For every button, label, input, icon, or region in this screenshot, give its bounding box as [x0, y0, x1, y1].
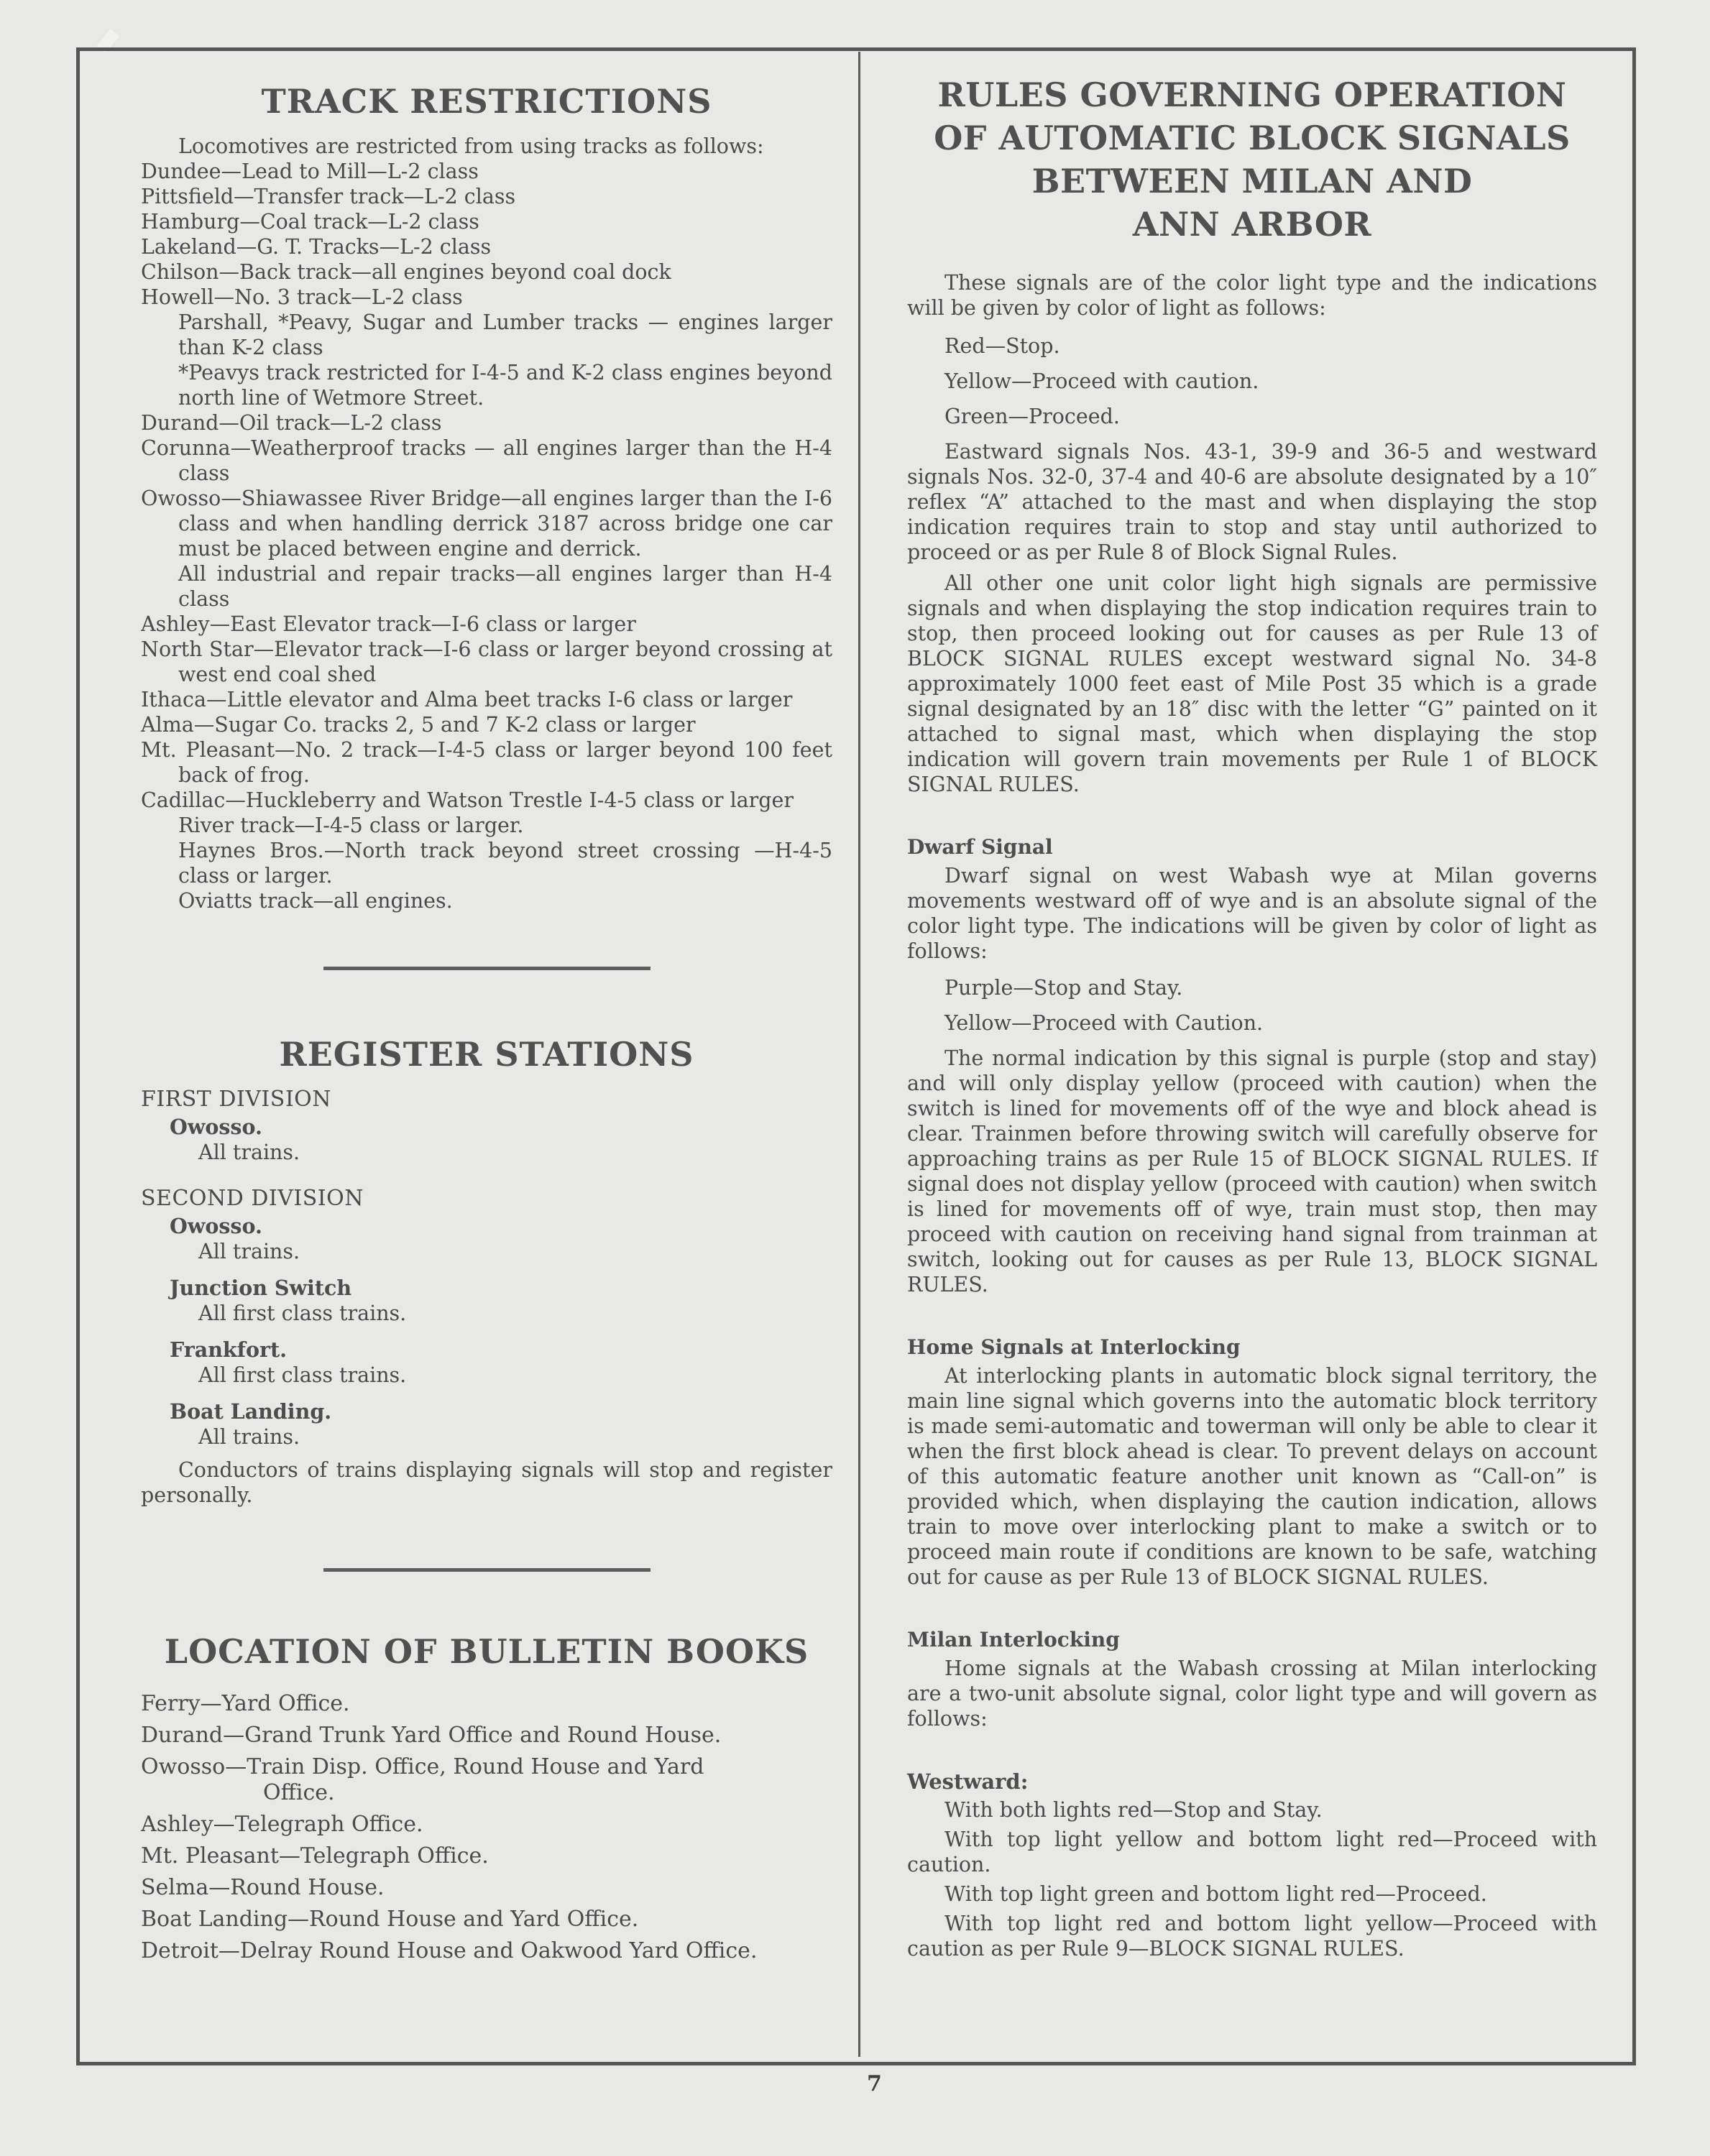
left-column: TRACK RESTRICTIONS Locomotives are restr… — [141, 52, 832, 1970]
bulletin-book-entry: Selma—Round House. — [141, 1875, 832, 1901]
track-restriction-entry: Parshall, *Peavy, Sugar and Lumber track… — [141, 310, 832, 360]
track-restriction-entry: Alma—Sugar Co. tracks 2, 5 and 7 K-2 cla… — [141, 712, 832, 737]
bulletin-book-location: Boat Landing—Round House and Yard Office… — [141, 1907, 832, 1932]
track-restrictions-title: TRACK RESTRICTIONS — [141, 52, 832, 121]
track-restriction-entry: Cadillac—Huckleberry and Watson Trestle … — [141, 788, 832, 813]
track-restriction-entry: Ithaca—Little elevator and Alma beet tra… — [141, 687, 832, 712]
bulletin-book-entry: Durand—Grand Trunk Yard Office and Round… — [141, 1723, 832, 1749]
page-number: 7 — [867, 2071, 882, 2096]
permissive-signals-paragraph: All other one unit color light high sign… — [907, 571, 1597, 797]
track-restriction-entry: Chilson—Back track—all engines beyond co… — [141, 259, 832, 285]
track-restriction-entry: *Peavys track restricted for I-4-5 and K… — [141, 360, 832, 410]
bulletin-book-entry: Ashley—Telegraph Office. — [141, 1812, 832, 1838]
register-station-note: All first class trains. — [141, 1363, 832, 1388]
block-signals-section: RULES GOVERNING OPERATION OF AUTOMATIC B… — [907, 52, 1597, 1961]
register-station-note: All trains. — [141, 1239, 832, 1265]
title-line: OF AUTOMATIC BLOCK SIGNALS — [934, 119, 1571, 157]
register-station-name: Junction Switch — [141, 1275, 832, 1301]
westward-rule: With top light yellow and bottom light r… — [907, 1827, 1597, 1877]
track-restriction-entry: River track—I-4-5 class or larger. — [141, 813, 832, 838]
track-restrictions-list: Dundee—Lead to Mill—L-2 classPittsfield—… — [141, 159, 832, 913]
dwarf-signal-intro: Dwarf signal on west Wabash wye at Milan… — [907, 863, 1597, 964]
indication-red: Red—Stop. — [907, 333, 1597, 359]
bulletin-books-section: LOCATION OF BULLETIN BOOKS Ferry—Yard Of… — [141, 1632, 832, 1964]
bulletin-book-location: Selma—Round House. — [141, 1875, 832, 1901]
bulletin-book-location: Ashley—Telegraph Office. — [141, 1812, 832, 1838]
title-line: RULES GOVERNING OPERATION — [938, 75, 1567, 114]
register-footnote: Conductors of trains displaying signals … — [141, 1457, 832, 1508]
spacer — [141, 1265, 832, 1275]
section-separator — [323, 967, 651, 970]
bulletin-book-entry: Boat Landing—Round House and Yard Office… — [141, 1907, 832, 1932]
bulletin-books-list: Ferry—Yard Office.Durand—Grand Trunk Yar… — [141, 1691, 832, 1964]
division-title: SECOND DIVISION — [141, 1184, 832, 1213]
home-signals-heading: Home Signals at Interlocking — [907, 1335, 1597, 1360]
register-station-note: All trains. — [141, 1424, 832, 1450]
register-station-name: Boat Landing. — [141, 1399, 832, 1424]
track-restrictions-section: TRACK RESTRICTIONS Locomotives are restr… — [141, 52, 832, 913]
track-restriction-entry: Corunna—Weatherproof tracks — all engine… — [141, 436, 832, 486]
register-station-name: Frankfort. — [141, 1337, 832, 1363]
division-title: FIRST DIVISION — [141, 1085, 832, 1114]
westward-rule: With top light red and bottom light yell… — [907, 1911, 1597, 1961]
spacer — [141, 1166, 832, 1181]
title-line: BETWEEN MILAN AND — [1032, 162, 1473, 201]
register-stations-list: FIRST DIVISIONOwosso.All trains.SECOND D… — [141, 1085, 832, 1450]
spacer — [141, 1327, 832, 1337]
track-restriction-entry: Howell—No. 3 track—L-2 class — [141, 285, 832, 310]
track-restriction-entry: Oviatts track—all engines. — [141, 888, 832, 913]
indication-yellow-caution: Yellow—Proceed with Caution. — [907, 1010, 1597, 1036]
bulletin-book-entry: Mt. Pleasant—Telegraph Office. — [141, 1843, 832, 1869]
bulletin-book-entry: Owosso—Train Disp. Office, Round House a… — [141, 1754, 832, 1806]
register-station-name: Owosso. — [141, 1114, 832, 1140]
home-signals-body: At interlocking plants in automatic bloc… — [907, 1363, 1597, 1590]
bulletin-book-location: Durand—Grand Trunk Yard Office and Round… — [141, 1723, 832, 1749]
right-column: RULES GOVERNING OPERATION OF AUTOMATIC B… — [907, 52, 1597, 1966]
bulletin-book-continuation: Office. — [141, 1780, 832, 1806]
register-station-note: All first class trains. — [141, 1301, 832, 1327]
spacer — [141, 1388, 832, 1399]
westward-heading: Westward: — [907, 1769, 1597, 1795]
indication-green: Green—Proceed. — [907, 404, 1597, 429]
track-restriction-entry: Owosso—Shiawassee River Bridge—all engin… — [141, 486, 832, 561]
milan-interlocking-heading: Milan Interlocking — [907, 1627, 1597, 1653]
track-restriction-entry: Ashley—East Elevator track—I-6 class or … — [141, 612, 832, 637]
bulletin-book-entry: Detroit—Delray Round House and Oakwood Y… — [141, 1938, 832, 1964]
track-restriction-entry: Dundee—Lead to Mill—L-2 class — [141, 159, 832, 184]
block-signals-title: RULES GOVERNING OPERATION OF AUTOMATIC B… — [907, 52, 1597, 246]
westward-rules-list: With both lights red—Stop and Stay.With … — [907, 1797, 1597, 1961]
track-restriction-entry: Mt. Pleasant—No. 2 track—I-4-5 class or … — [141, 737, 832, 788]
bulletin-book-location: Detroit—Delray Round House and Oakwood Y… — [141, 1938, 832, 1964]
track-restriction-entry: Pittsfield—Transfer track—L-2 class — [141, 184, 832, 209]
track-restriction-entry: All industrial and repair tracks—all eng… — [141, 561, 832, 612]
track-restriction-entry: Lakeland—G. T. Tracks—L-2 class — [141, 234, 832, 259]
dwarf-signal-body: The normal indication by this signal is … — [907, 1046, 1597, 1297]
track-restrictions-intro: Locomotives are restricted from using tr… — [141, 134, 832, 159]
bulletin-book-location: Ferry—Yard Office. — [141, 1691, 832, 1717]
bulletin-books-title: LOCATION OF BULLETIN BOOKS — [141, 1632, 832, 1671]
title-line: ANN ARBOR — [1133, 205, 1371, 244]
bulletin-book-location: Owosso—Train Disp. Office, Round House a… — [141, 1754, 832, 1780]
westward-rule: With both lights red—Stop and Stay. — [907, 1797, 1597, 1823]
register-station-name: Owosso. — [141, 1213, 832, 1239]
register-stations-section: REGISTER STATIONS FIRST DIVISIONOwosso.A… — [141, 1035, 832, 1508]
indication-purple: Purple—Stop and Stay. — [907, 975, 1597, 1000]
track-restriction-entry: Hamburg—Coal track—L-2 class — [141, 209, 832, 234]
dwarf-signal-heading: Dwarf Signal — [907, 834, 1597, 860]
westward-rule: With top light green and bottom light re… — [907, 1881, 1597, 1907]
track-restriction-entry: North Star—Elevator track—I-6 class or l… — [141, 637, 832, 687]
bulletin-book-entry: Ferry—Yard Office. — [141, 1691, 832, 1717]
indication-yellow: Yellow—Proceed with caution. — [907, 369, 1597, 394]
section-separator — [323, 1568, 651, 1572]
register-stations-title: REGISTER STATIONS — [141, 1035, 832, 1074]
absolute-signals-paragraph: Eastward signals Nos. 43-1, 39-9 and 36-… — [907, 439, 1597, 565]
signals-intro: These signals are of the color light typ… — [907, 270, 1597, 321]
track-restriction-entry: Durand—Oil track—L-2 class — [141, 410, 832, 436]
bulletin-book-location: Mt. Pleasant—Telegraph Office. — [141, 1843, 832, 1869]
track-restriction-entry: Haynes Bros.—North track beyond street c… — [141, 838, 832, 888]
column-divider — [858, 52, 860, 2057]
register-station-note: All trains. — [141, 1140, 832, 1166]
milan-interlocking-body: Home signals at the Wabash crossing at M… — [907, 1656, 1597, 1731]
